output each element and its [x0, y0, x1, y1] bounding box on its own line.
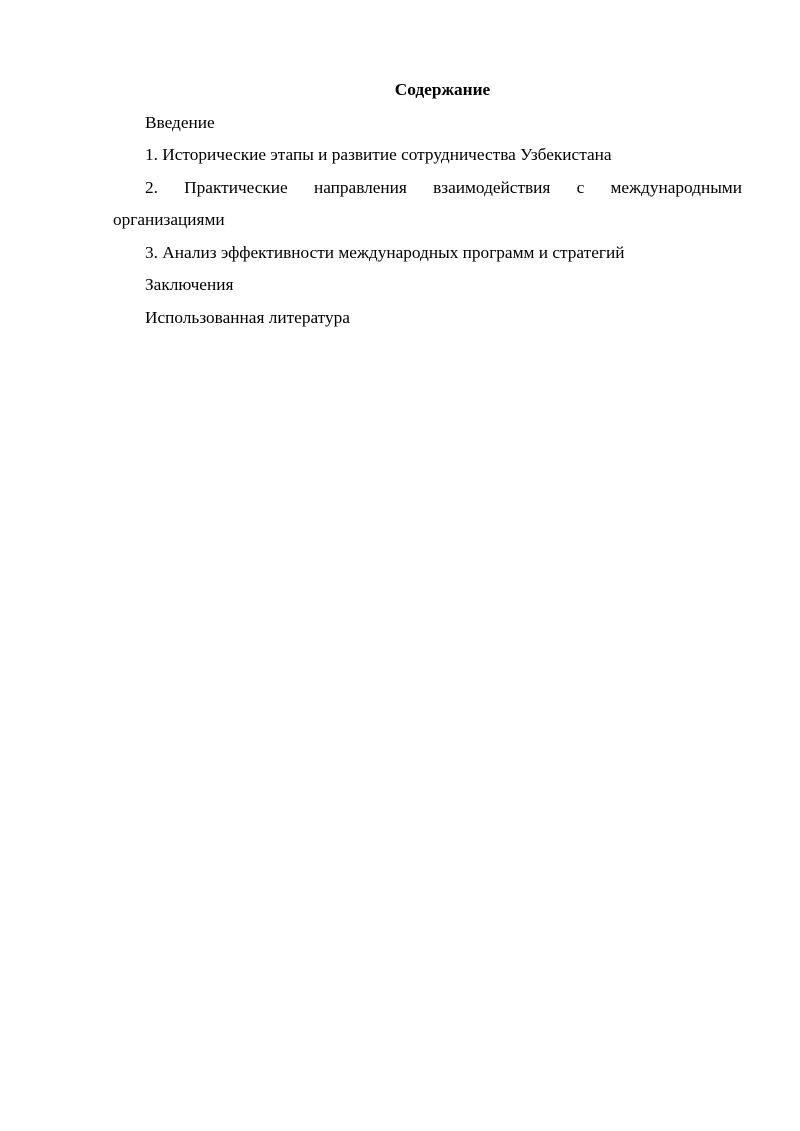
toc-item-references: Использованная литература	[113, 302, 742, 335]
table-of-contents: Введение 1. Исторические этапы и развити…	[113, 107, 742, 335]
toc-item-chapter-1: 1. Исторические этапы и развитие сотрудн…	[113, 139, 742, 172]
toc-item-introduction: Введение	[113, 107, 742, 140]
toc-item-conclusion: Заключения	[113, 269, 742, 302]
toc-item-chapter-2: 2. Практические направления взаимодейств…	[113, 172, 742, 237]
document-page: Содержание Введение 1. Исторические этап…	[113, 74, 742, 334]
toc-item-chapter-3: 3. Анализ эффективности международных пр…	[113, 237, 742, 270]
page-title: Содержание	[113, 74, 742, 107]
